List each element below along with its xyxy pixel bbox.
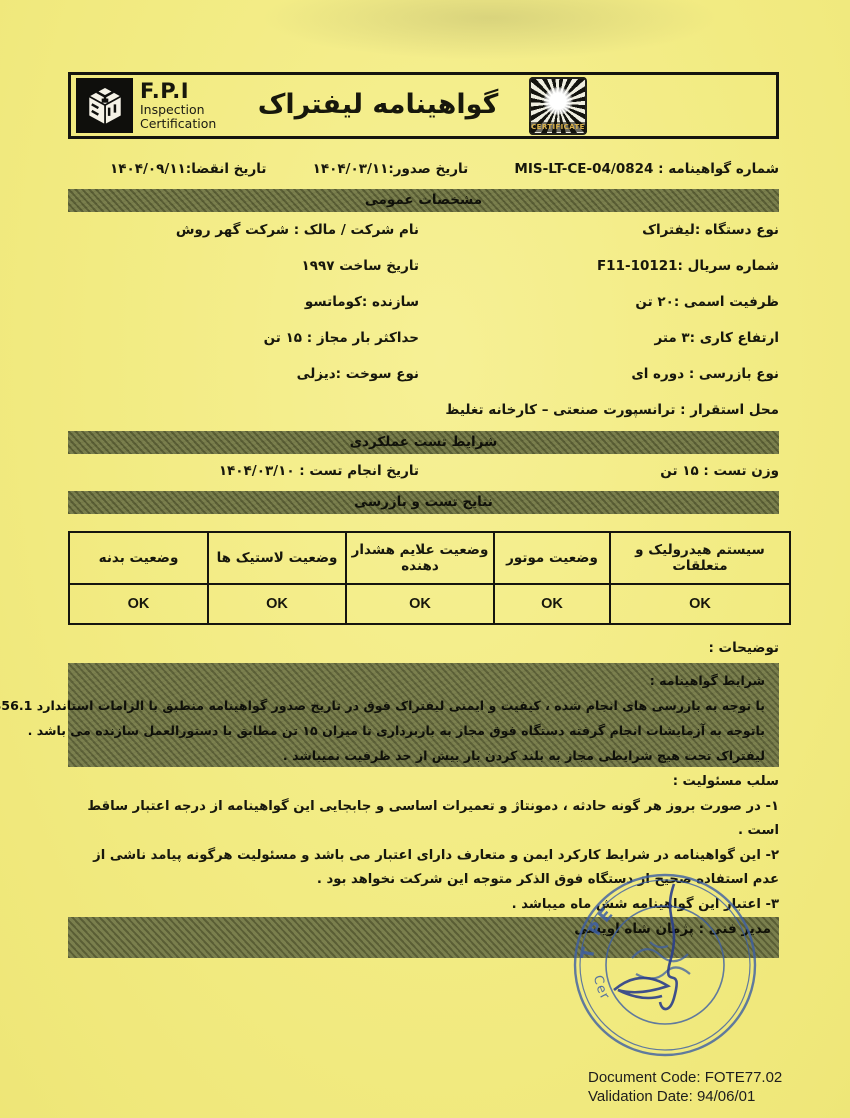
certificate-page: F.P.I Inspection Certification گواهینامه… — [0, 0, 850, 1118]
col-warning-signs: وضعیت علایم هشدار دهنده — [346, 532, 494, 584]
general-specs: نوع دستگاه :لیفتراک نام شرکت / مالک : شر… — [68, 214, 779, 430]
cube-logo-icon — [80, 82, 130, 130]
stamp-icon: FALAT PE Inspection & Cer — [570, 870, 760, 1060]
spec-owner: نام شرکت / مالک : شرکت گهر روش — [68, 214, 419, 250]
issue-date-label: تاریخ صدور: — [388, 161, 468, 177]
expiry-date: تاریخ انقضا:۱۴۰۴/۰۹/۱۱ — [110, 161, 266, 177]
spec-serial: شماره سریال :F11-10121 — [419, 250, 779, 286]
spec-location: محل استقرار : ترانسپورت صنعتی – کارخانه … — [419, 394, 779, 430]
hologram-center — [543, 87, 573, 115]
result-hydraulic: OK — [610, 584, 790, 624]
col-hydraulic: سیستم هیدرولیک و متعلقات — [610, 532, 790, 584]
expiry-date-value: ۱۴۰۴/۰۹/۱۱ — [110, 161, 186, 177]
col-body-condition: وضعیت بدنه — [69, 532, 208, 584]
fpi-cube-icon — [76, 78, 133, 133]
spec-empty — [68, 394, 419, 430]
hologram-label: CERTIFICATE — [529, 122, 587, 132]
conditions-line-2: باتوجه به آزمایشات انجام گرفته دستگاه فو… — [82, 718, 765, 743]
results-value-row: OK OK OK OK OK — [69, 584, 790, 624]
issue-date: تاریخ صدور:۱۴۰۴/۰۳/۱۱ — [313, 161, 469, 177]
spec-capacity: ظرفیت اسمی :۲۰ تن — [419, 286, 779, 322]
spec-device-type: نوع دستگاه :لیفتراک — [419, 214, 779, 250]
spec-fuel: نوع سوخت :دیزلی — [68, 358, 419, 394]
issue-date-value: ۱۴۰۴/۰۳/۱۱ — [313, 161, 389, 177]
test-conditions: وزن تست : ۱۵ تن تاریخ انجام تست : ۱۴۰۴/۰… — [68, 454, 779, 479]
scan-smudge — [260, 0, 720, 60]
conditions-line-3: لیفتراک تحت هیچ شرایطی مجاز به بلند کردن… — [82, 743, 765, 768]
company-stamp: FALAT PE Inspection & Cer — [570, 870, 760, 1060]
test-weight: وزن تست : ۱۵ تن — [419, 454, 779, 479]
notes-label: توضیحات : — [68, 640, 779, 656]
result-motor: OK — [494, 584, 610, 624]
hologram-badge: CERTIFICATE — [529, 77, 587, 135]
spec-height: ارتفاع کاری :۳ متر — [419, 322, 779, 358]
disclaimer-title: سلب مسئولیت : — [68, 770, 779, 795]
spec-year: تاریخ ساخت ۱۹۹۷ — [68, 250, 419, 286]
certificate-number-value: MIS-LT-CE-04/0824 — [514, 161, 653, 177]
certificate-number-label: شماره گواهینامه : — [658, 161, 779, 177]
disclaimer-item-1: ۱- در صورت بروز هر گونه حادثه ، دمونتاژ … — [68, 795, 779, 844]
page-title: گواهینامه لیفتراک — [233, 89, 523, 120]
result-warning-signs: OK — [346, 584, 494, 624]
section-header-test: شرایط تست عملکردی — [68, 431, 779, 454]
conditions-title: شرایط گواهینامه : — [82, 668, 765, 693]
result-tires: OK — [208, 584, 346, 624]
col-motor: وضعیت موتور — [494, 532, 610, 584]
conditions-line-1: با توجه به بازرسی های انجام شده ، کیفیت … — [82, 693, 765, 718]
col-tires: وضعیت لاستیک ها — [208, 532, 346, 584]
spec-inspection-type: نوع بازرسی : دوره ای — [419, 358, 779, 394]
document-footer: Document Code: FOTE77.02 Validation Date… — [588, 1068, 782, 1106]
certificate-header: F.P.I Inspection Certification گواهینامه… — [68, 72, 779, 139]
spec-maker: سازنده :کوماتسو — [68, 286, 419, 322]
validation-date: Validation Date: 94/06/01 — [588, 1087, 782, 1106]
test-date: تاریخ انجام تست : ۱۴۰۴/۰۳/۱۰ — [68, 454, 419, 479]
fpi-logo: F.P.I Inspection Certification — [76, 78, 216, 133]
expiry-date-label: تاریخ انقضا: — [186, 161, 267, 177]
fpi-logo-text: F.P.I Inspection Certification — [140, 80, 216, 131]
result-body-condition: OK — [69, 584, 208, 624]
results-table: سیستم هیدرولیک و متعلقات وضعیت موتور وضع… — [68, 531, 791, 625]
fpi-abbr: F.P.I — [140, 80, 216, 103]
section-header-general: مشخصات عمومی — [68, 189, 779, 212]
fpi-line2: Certification — [140, 117, 216, 131]
certificate-meta-row: شماره گواهینامه : MIS-LT-CE-04/0824 تاری… — [68, 161, 779, 177]
section-header-results: نتایج تست و بازرسی — [68, 491, 779, 514]
certificate-number: شماره گواهینامه : MIS-LT-CE-04/0824 — [514, 161, 779, 177]
stamp-emblem — [632, 942, 690, 979]
results-header-row: سیستم هیدرولیک و متعلقات وضعیت موتور وضع… — [69, 532, 790, 584]
fpi-line1: Inspection — [140, 103, 216, 117]
certificate-conditions: شرایط گواهینامه : با توجه به بازرسی های … — [68, 663, 779, 767]
document-code: Document Code: FOTE77.02 — [588, 1068, 782, 1087]
spec-max-load: حداکثر بار مجاز : ۱۵ تن — [68, 322, 419, 358]
